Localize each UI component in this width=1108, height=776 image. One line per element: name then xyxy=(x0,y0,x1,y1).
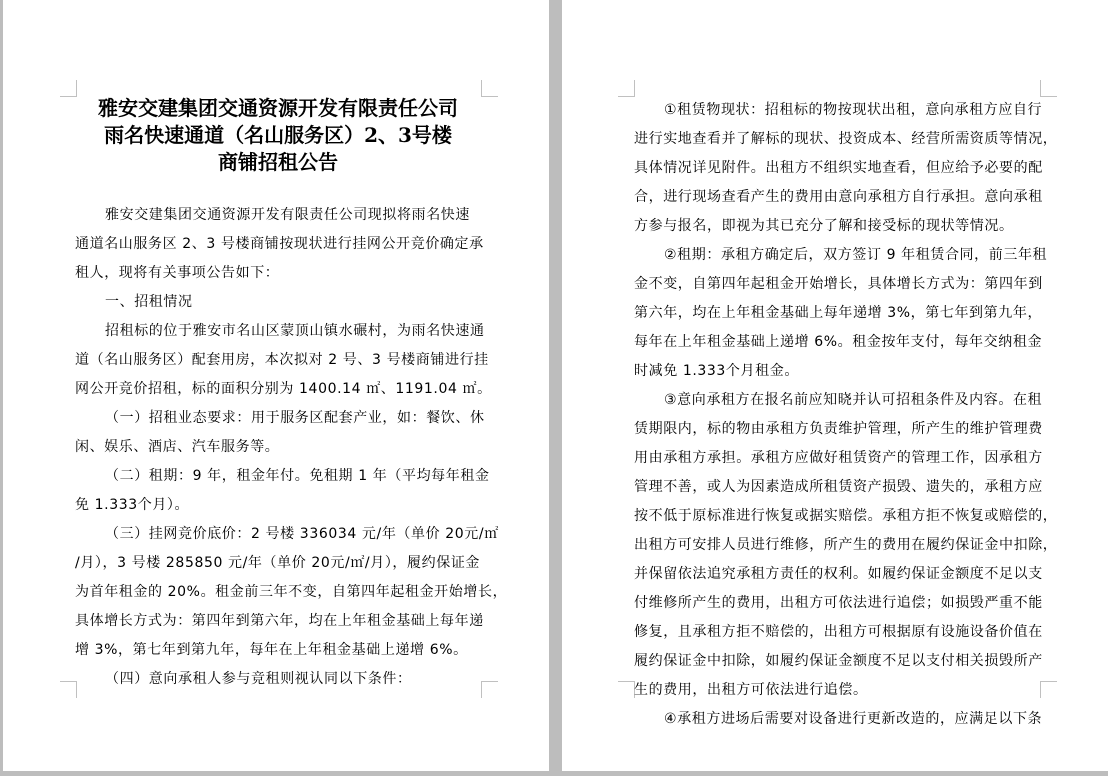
text-line: 履约保证金中扣除，如履约保证金额度不足以支付相关损毁所产 xyxy=(634,647,1046,676)
text-line: 合，进行现场查看产生的费用由意向承租方自行承担。意向承租 xyxy=(634,183,1046,212)
text-line: （二）租期：9 年，租金年付。免租期 1 年（平均每年租金 xyxy=(75,462,487,491)
text-line: 赁期限内，标的物由承租方负责维护管理，所产生的维护管理费 xyxy=(634,415,1046,444)
text-line: 进行实地查看并了解标的现状、投资成本、经营所需资质等情况， xyxy=(634,125,1046,154)
title-line: 雨名快速通道（名山服务区）2、3号楼 xyxy=(63,122,493,149)
text-line: 金不变，自第四年起租金开始增长，具体增长方式为：第四年到 xyxy=(634,270,1046,299)
body-text-right: ①租赁物现状：招租标的物按现状出租，意向承租方应自行进行实地查看并了解标的现状、… xyxy=(634,96,1046,734)
text-line: 具体增长方式为：第四年到第六年，均在上年租金基础上每年递 xyxy=(75,607,487,636)
text-line: 免 1.333个月）。 xyxy=(75,491,487,520)
text-line: 生的费用，出租方可依法进行追偿。 xyxy=(634,676,1046,705)
text-line: （三）挂网竞价底价：2 号楼 336034 元/年（单价 20元/㎡ xyxy=(75,520,487,549)
text-line: 方参与报名，即视为其已充分了解和接受标的现状等情况。 xyxy=(634,212,1046,241)
document-page-right: ①租赁物现状：招租标的物按现状出租，意向承租方应自行进行实地查看并了解标的现状、… xyxy=(562,0,1108,771)
document-page-left: 雅安交建集团交通资源开发有限责任公司 雨名快速通道（名山服务区）2、3号楼 商铺… xyxy=(3,0,549,771)
margin-corner-mark xyxy=(1040,80,1057,97)
title-line: 雅安交建集团交通资源开发有限责任公司 xyxy=(63,95,493,122)
text-line: 一、招租情况 xyxy=(75,288,487,317)
text-line: 付维修所产生的费用，出租方可依法进行追偿；如损毁严重不能 xyxy=(634,589,1046,618)
text-line: 每年在上年租金基础上递增 6%。租金按年支付，每年交纳租金 xyxy=(634,328,1046,357)
text-line: 闲、娱乐、酒店、汽车服务等。 xyxy=(75,433,487,462)
margin-corner-mark xyxy=(618,681,635,698)
text-line: 招租标的位于雅安市名山区蒙顶山镇水碾村，为雨名快速通 xyxy=(75,317,487,346)
text-line: （四）意向承租人参与竞租则视认同以下条件： xyxy=(75,665,487,694)
text-line: 道（名山服务区）配套用房，本次拟对 2 号、3 号楼商铺进行挂 xyxy=(75,346,487,375)
text-line: ④承租方进场后需要对设备进行更新改造的，应满足以下条 xyxy=(634,705,1046,734)
text-line: 用由承租方承担。承租方应做好租赁资产的管理工作，因承租方 xyxy=(634,444,1046,473)
text-line: 通道名山服务区 2、3 号楼商铺按现状进行挂网公开竞价确定承 xyxy=(75,230,487,259)
title-line: 商铺招租公告 xyxy=(63,149,493,176)
text-line: 出租方可安排人员进行维修，所产生的费用在履约保证金中扣除， xyxy=(634,531,1046,560)
text-line: 并保留依法追究承租方责任的权利。如履约保证金额度不足以支 xyxy=(634,560,1046,589)
text-line: 时减免 1.333个月租金。 xyxy=(634,357,1046,386)
text-line: 管理不善，或人为因素造成所租赁资产损毁、遗失的，承租方应 xyxy=(634,473,1046,502)
text-line: ②租期：承租方确定后，双方签订 9 年租赁合同，前三年租 xyxy=(634,241,1046,270)
margin-corner-mark xyxy=(618,80,635,97)
text-line: 具体情况详见附件。出租方不组织实地查看，但应给予必要的配 xyxy=(634,154,1046,183)
text-line: ③意向承租方在报名前应知晓并认可招租条件及内容。在租 xyxy=(634,386,1046,415)
text-line: 修复，且承租方拒不赔偿的，出租方可根据原有设施设备价值在 xyxy=(634,618,1046,647)
document-title: 雅安交建集团交通资源开发有限责任公司 雨名快速通道（名山服务区）2、3号楼 商铺… xyxy=(63,95,493,176)
text-line: 租人，现将有关事项公告如下： xyxy=(75,259,487,288)
text-line: ①租赁物现状：招租标的物按现状出租，意向承租方应自行 xyxy=(634,96,1046,125)
text-line: 按不低于原标准进行恢复或据实赔偿。承租方拒不恢复或赔偿的， xyxy=(634,502,1046,531)
text-line: 雅安交建集团交通资源开发有限责任公司现拟将雨名快速 xyxy=(75,201,487,230)
text-line: 增 3%，第七年到第九年，每年在上年租金基础上递增 6%。 xyxy=(75,636,487,665)
text-line: 网公开竞价招租，标的面积分别为 1400.14 ㎡、1191.04 ㎡。 xyxy=(75,375,487,404)
text-line: 为首年租金的 20%。租金前三年不变，自第四年起租金开始增长， xyxy=(75,578,487,607)
text-line: （一）招租业态要求：用于服务区配套产业，如：餐饮、休 xyxy=(75,404,487,433)
text-line: /月），3 号楼 285850 元/年（单价 20元/㎡/月），履约保证金 xyxy=(75,549,487,578)
text-line: 第六年，均在上年租金基础上每年递增 3%，第七年到第九年， xyxy=(634,299,1046,328)
body-text-left: 雅安交建集团交通资源开发有限责任公司现拟将雨名快速通道名山服务区 2、3 号楼商… xyxy=(75,201,487,694)
